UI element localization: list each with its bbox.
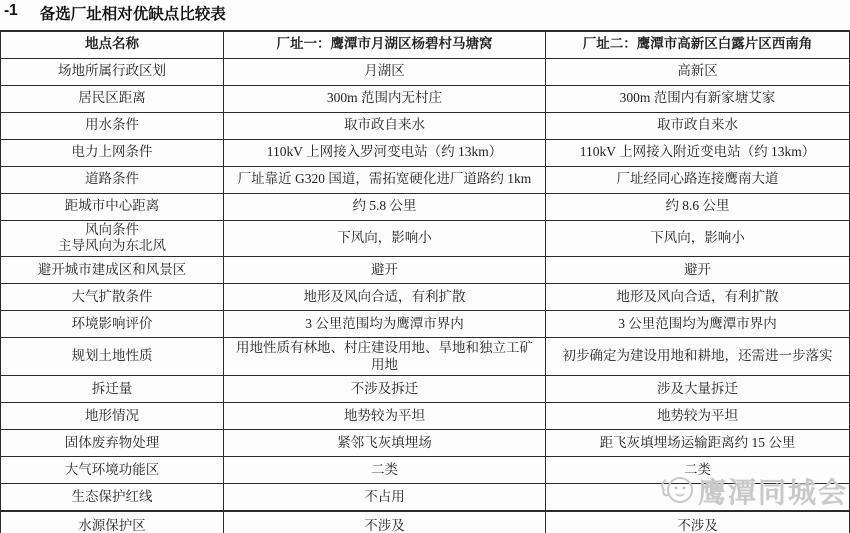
table-row: 距城市中心距离 约 5.8 公里 约 8.6 公里 xyxy=(1,193,850,220)
site1-cell: 110kV 上网接入罗河变电站（约 13km） xyxy=(224,139,546,166)
header-site2: 厂址二：鹰潭市高新区白露片区西南角 xyxy=(546,31,850,58)
site2-cell: 二类 xyxy=(546,457,850,484)
site1-cell: 地形及风向合适，有利扩散 xyxy=(224,284,546,311)
row-label: 固体废弃物处理 xyxy=(1,430,224,457)
table-row: 风向条件 主导风向为东北风 下风向，影响小 下风向，影响小 xyxy=(1,220,850,257)
row-label: 风向条件 主导风向为东北风 xyxy=(1,220,224,257)
table-title-text: 备选厂址相对优缺点比较表 xyxy=(40,2,226,24)
site1-cell: 300m 范围内无村庄 xyxy=(224,85,546,112)
table-row: 规划土地性质 用地性质有林地、村庄建设用地、旱地和独立工矿用地 初步确定为建设用… xyxy=(1,338,850,376)
site2-cell: 不涉及 xyxy=(546,511,850,533)
row-label: 生态保护红线 xyxy=(1,484,224,511)
table-row: 环境影响评价 3 公里范围均为鹰潭市界内 3 公里范围均为鹰潭市界内 xyxy=(1,311,850,338)
site1-cell: 月湖区 xyxy=(224,58,546,85)
row-label: 大气扩散条件 xyxy=(1,284,224,311)
table-row: 用水条件 取市政自来水 取市政自来水 xyxy=(1,112,850,139)
site2-cell: 厂址经同心路连接鹰南大道 xyxy=(546,166,850,193)
site2-cell: 距飞灰填埋场运输距离约 15 公里 xyxy=(546,430,850,457)
row-label: 用水条件 xyxy=(1,112,224,139)
row-label: 居民区距离 xyxy=(1,85,224,112)
site2-cell: 3 公里范围均为鹰潭市界内 xyxy=(546,311,850,338)
site2-cell: 地势较为平坦 xyxy=(546,403,850,430)
header-row: 地点名称 厂址一：鹰潭市月湖区杨碧村马塘窝 厂址二：鹰潭市高新区白露片区西南角 xyxy=(1,31,850,58)
site1-cell: 厂址靠近 G320 国道，需拓宽硬化进厂道路约 1km xyxy=(224,166,546,193)
site1-cell: 用地性质有林地、村庄建设用地、旱地和独立工矿用地 xyxy=(224,338,546,376)
site1-cell: 3 公里范围均为鹰潭市界内 xyxy=(224,311,546,338)
row-label: 距城市中心距离 xyxy=(1,193,224,220)
table-row: 大气扩散条件 地形及风向合适，有利扩散 地形及风向合适，有利扩散 xyxy=(1,284,850,311)
site1-cell: 紧邻飞灰填埋场 xyxy=(224,430,546,457)
site1-cell: 不占用 xyxy=(224,484,546,511)
table-row: 大气环境功能区 二类 二类 xyxy=(1,457,850,484)
site2-cell: 高新区 xyxy=(546,58,850,85)
site-comparison-table: 地点名称 厂址一：鹰潭市月湖区杨碧村马塘窝 厂址二：鹰潭市高新区白露片区西南角 … xyxy=(0,30,850,533)
site1-cell: 避开 xyxy=(224,257,546,284)
site1-cell: 取市政自来水 xyxy=(224,112,546,139)
row-label: 场地所属行政区划 xyxy=(1,58,224,85)
site1-cell: 下风向，影响小 xyxy=(224,220,546,257)
site1-cell: 地势较为平坦 xyxy=(224,403,546,430)
site2-cell: 地形及风向合适，有利扩散 xyxy=(546,284,850,311)
table-title: -1 备选厂址相对优缺点比较表 xyxy=(0,0,850,30)
site2-cell: 下风向，影响小 xyxy=(546,220,850,257)
table-row: 居民区距离 300m 范围内无村庄 300m 范围内有新家塘艾家 xyxy=(1,85,850,112)
table-number: -1 xyxy=(4,2,18,20)
row-label: 避开城市建成区和风景区 xyxy=(1,257,224,284)
site2-cell: 约 8.6 公里 xyxy=(546,193,850,220)
table-row: 道路条件 厂址靠近 G320 国道，需拓宽硬化进厂道路约 1km 厂址经同心路连… xyxy=(1,166,850,193)
table-row: 避开城市建成区和风景区 避开 避开 xyxy=(1,257,850,284)
table-row: 生态保护红线 不占用 xyxy=(1,484,850,511)
header-location-name: 地点名称 xyxy=(1,31,224,58)
table-row: 固体废弃物处理 紧邻飞灰填埋场 距飞灰填埋场运输距离约 15 公里 xyxy=(1,430,850,457)
row-label: 规划土地性质 xyxy=(1,338,224,376)
table-row: 地形情况 地势较为平坦 地势较为平坦 xyxy=(1,403,850,430)
header-site1: 厂址一：鹰潭市月湖区杨碧村马塘窝 xyxy=(224,31,546,58)
site1-cell: 不涉及 xyxy=(224,511,546,533)
table-row: 电力上网条件 110kV 上网接入罗河变电站（约 13km） 110kV 上网接… xyxy=(1,139,850,166)
site2-cell: 初步确定为建设用地和耕地，还需进一步落实 xyxy=(546,338,850,376)
table-row: 水源保护区 不涉及 不涉及 xyxy=(1,511,850,533)
site1-cell: 约 5.8 公里 xyxy=(224,193,546,220)
site2-cell: 避开 xyxy=(546,257,850,284)
site1-cell: 二类 xyxy=(224,457,546,484)
row-label: 拆迁量 xyxy=(1,376,224,403)
site2-cell: 110kV 上网接入附近变电站（约 13km） xyxy=(546,139,850,166)
site2-cell xyxy=(546,484,850,511)
row-label: 环境影响评价 xyxy=(1,311,224,338)
site2-cell: 300m 范围内有新家塘艾家 xyxy=(546,85,850,112)
table-row: 拆迁量 不涉及拆迁 涉及大量拆迁 xyxy=(1,376,850,403)
row-label: 水源保护区 xyxy=(1,511,224,533)
site1-cell: 不涉及拆迁 xyxy=(224,376,546,403)
site2-cell: 涉及大量拆迁 xyxy=(546,376,850,403)
table-row: 场地所属行政区划 月湖区 高新区 xyxy=(1,58,850,85)
row-label: 电力上网条件 xyxy=(1,139,224,166)
row-label: 大气环境功能区 xyxy=(1,457,224,484)
row-label: 道路条件 xyxy=(1,166,224,193)
row-label: 地形情况 xyxy=(1,403,224,430)
site2-cell: 取市政自来水 xyxy=(546,112,850,139)
